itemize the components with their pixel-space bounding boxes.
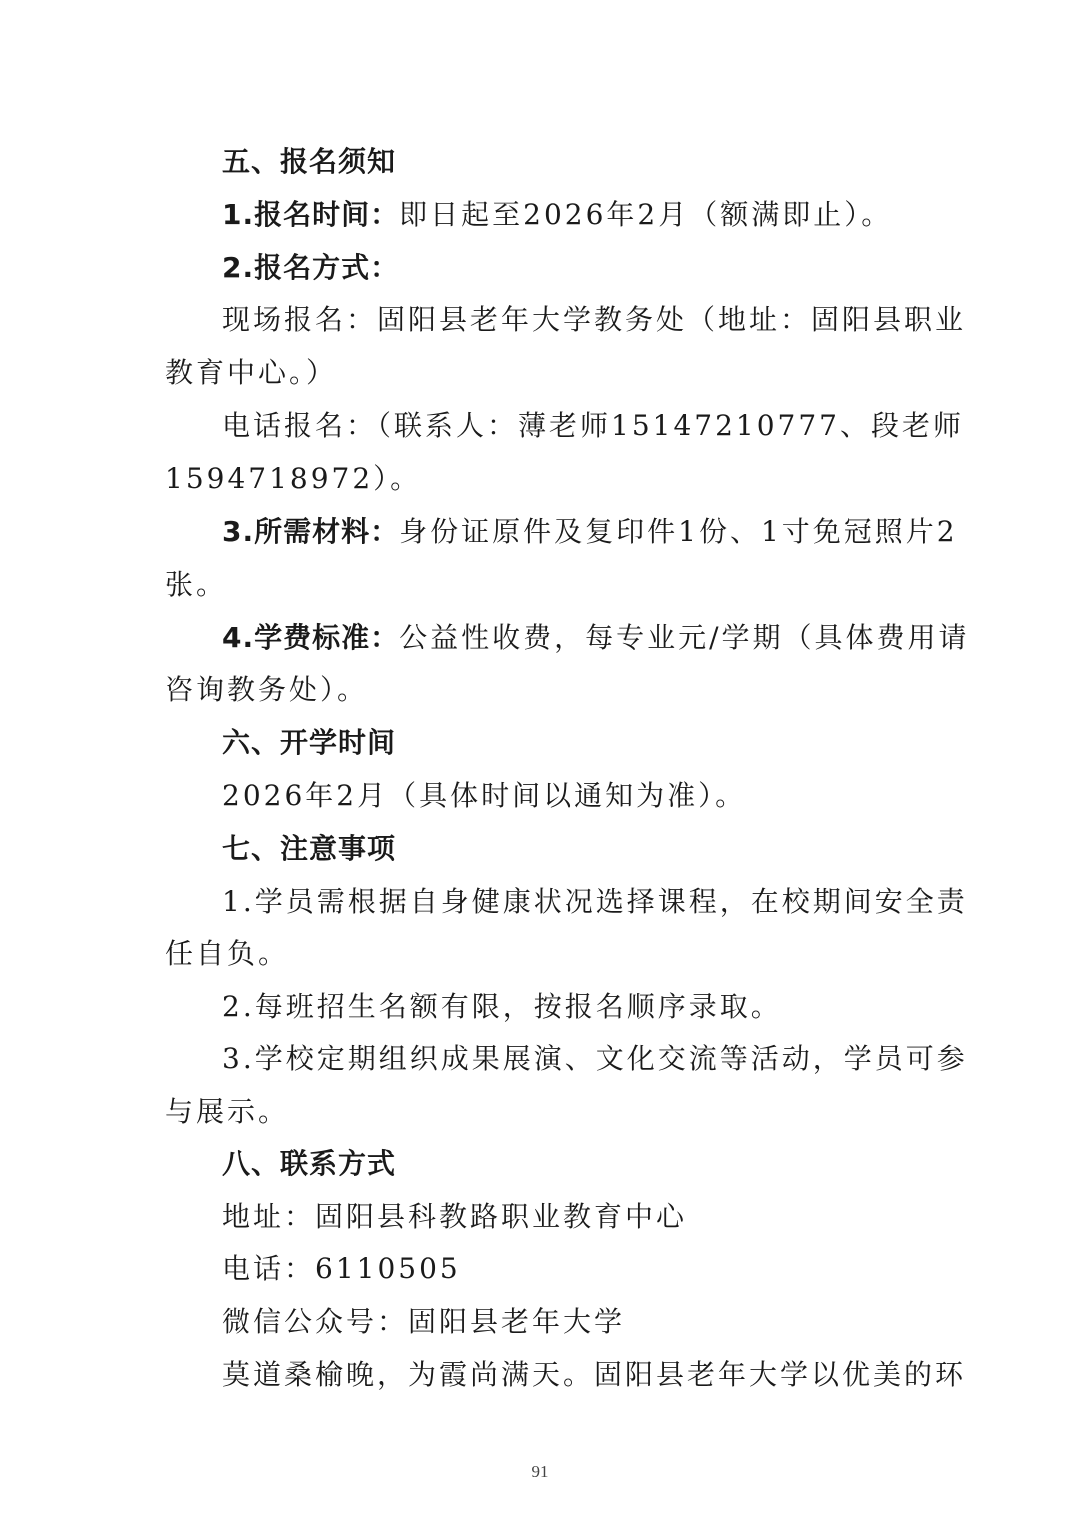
contact-wechat: 微信公众号：固阳县老年大学	[222, 1304, 917, 1340]
registration-time-text: 即日起至2026年2月（额满即止）。	[399, 198, 892, 231]
note-1-line1: 1.学员需根据自身健康状况选择课程，在校期间安全责	[222, 884, 917, 920]
tuition-standard: 4.学费标准：公益性收费，每专业元/学期（具体费用请	[222, 620, 917, 656]
registration-time-label: 1.报名时间：	[222, 198, 399, 231]
page-number: 91	[0, 1462, 1080, 1482]
tuition-standard-cont: 咨询教务处）。	[165, 672, 917, 708]
required-materials-cont: 张。	[165, 567, 917, 603]
note-1-line2: 任自负。	[165, 936, 917, 972]
tuition-standard-label: 4.学费标准：	[222, 621, 399, 654]
note-3-line1: 3.学校定期组织成果展演、文化交流等活动，学员可参	[222, 1041, 917, 1077]
required-materials: 3.所需材料：身份证原件及复印件1份、1寸免冠照片2	[222, 514, 917, 550]
section-heading-registration: 五、报名须知	[222, 144, 917, 180]
section-heading-notes: 七、注意事项	[222, 831, 917, 867]
registration-method-label: 2.报名方式：	[222, 250, 917, 286]
contact-phone: 电话：6110505	[222, 1251, 917, 1287]
contact-address: 地址：固阳县科教路职业教育中心	[222, 1199, 917, 1235]
closing-paragraph: 莫道桑榆晚，为霞尚满天。固阳县老年大学以优美的环	[222, 1357, 917, 1393]
required-materials-text: 身份证原件及复印件1份、1寸免冠照片2	[399, 515, 957, 548]
registration-time: 1.报名时间：即日起至2026年2月（额满即止）。	[222, 197, 917, 233]
phone-registration-line1: 电话报名：（联系人：薄老师15147210777、段老师	[222, 408, 917, 444]
note-2: 2.每班招生名额有限，按报名顺序录取。	[222, 989, 917, 1025]
tuition-standard-text: 公益性收费，每专业元/学期（具体费用请	[399, 621, 969, 654]
required-materials-label: 3.所需材料：	[222, 515, 399, 548]
onsite-registration-line1: 现场报名：固阳县老年大学教务处（地址：固阳县职业	[222, 302, 917, 338]
phone-registration-line2: 1594718972）。	[165, 461, 917, 497]
document-page: 五、报名须知 1.报名时间：即日起至2026年2月（额满即止）。 2.报名方式：…	[0, 0, 1080, 1527]
section-heading-start-date: 六、开学时间	[222, 725, 917, 761]
section-heading-contact: 八、联系方式	[222, 1146, 917, 1182]
note-3-line2: 与展示。	[165, 1094, 917, 1130]
onsite-registration-line2: 教育中心。）	[165, 355, 917, 391]
start-date-text: 2026年2月（具体时间以通知为准）。	[222, 778, 917, 814]
